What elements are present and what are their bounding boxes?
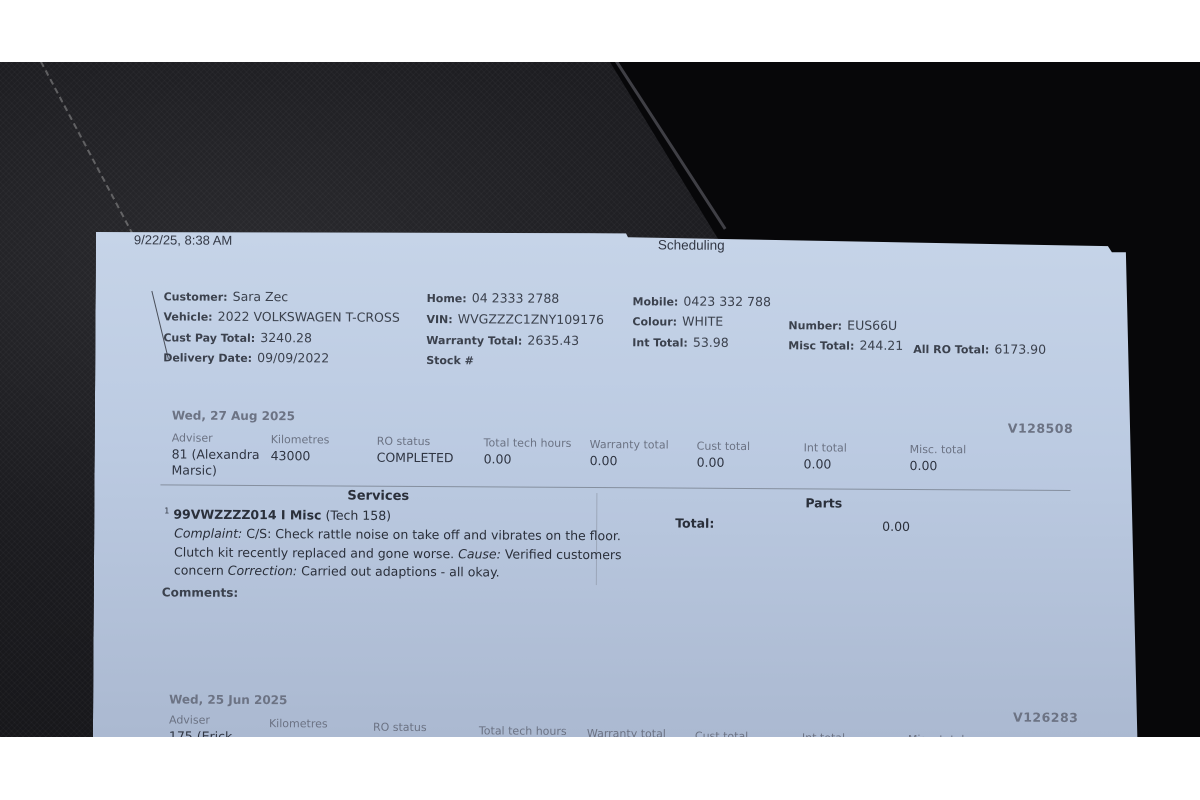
ro-number: V126283 [1013, 710, 1078, 725]
number-field: Number: EUS66U [788, 314, 897, 334]
int-total-field: Int Total: 53.98 [632, 331, 728, 351]
col-label-int-total: Int total [804, 441, 847, 454]
stock-field: Stock # [426, 349, 474, 368]
misc-total-field: Misc Total: 244.21 [788, 334, 903, 354]
comments-label: Comments: [162, 585, 239, 599]
customer-field: Customer: Sara Zec [164, 285, 289, 305]
col-value-ro-status: COMPLETED [377, 450, 454, 465]
print-timestamp: 9/22/25, 8:38 AM [134, 232, 232, 248]
col-label-tech-hours: Total tech hours [479, 724, 567, 738]
printed-page: 9/22/25, 8:38 AM Scheduling Customer: Sa… [93, 230, 1141, 756]
home-phone-field: Home: 04 2333 2788 [427, 287, 560, 307]
col-value-misc-total: 0.00 [910, 458, 938, 473]
parts-total-label: Total: [675, 516, 714, 531]
delivery-date-field: Delivery Date: 09/09/2022 [163, 346, 329, 366]
col-label-misc-total: Misc. total [910, 443, 967, 456]
col-label-cust-total: Cust total [697, 440, 750, 453]
col-value-int-total: 0.00 [804, 456, 832, 471]
letterbox-bottom [0, 737, 1200, 800]
col-label-adviser: Adviser [169, 713, 210, 726]
warranty-total-field: Warranty Total: 2635.43 [426, 329, 579, 349]
col-label-tech-hours: Total tech hours [484, 436, 572, 450]
parts-heading: Parts [805, 495, 842, 510]
col-value-cust-total: 0.00 [697, 455, 725, 470]
col-value-tech-hours: 0.00 [484, 451, 512, 466]
vehicle-field: Vehicle: 2022 VOLKSWAGEN T-CROSS [163, 305, 399, 325]
col-label-ro-status: RO status [373, 721, 427, 734]
ro-date: Wed, 27 Aug 2025 [172, 408, 295, 423]
col-label-warranty-total: Warranty total [590, 438, 669, 451]
col-value-kilometres: 43000 [271, 448, 311, 463]
col-label-adviser: Adviser [172, 431, 213, 444]
col-label-kilometres: Kilometres [271, 433, 330, 446]
vin-field: VIN: WVGZZZC1ZNY109176 [426, 308, 604, 328]
service-cause: Clutch kit recently replaced and gone wo… [174, 544, 622, 562]
letterbox-top [0, 0, 1200, 62]
col-value-warranty-total: 0.00 [590, 453, 618, 468]
col-label-ro-status: RO status [377, 435, 431, 448]
col-value-adviser-line2: Marsic) [171, 462, 216, 477]
colour-field: Colour: WHITE [632, 310, 723, 330]
mobile-field: Mobile: 0423 332 788 [633, 290, 771, 310]
parts-total-value: 0.00 [882, 519, 910, 534]
section-divider [160, 484, 1070, 491]
ro-date: Wed, 25 Jun 2025 [169, 692, 287, 707]
cust-pay-total-field: Cust Pay Total: 3240.28 [163, 326, 312, 346]
service-complaint: Complaint: C/S: Check rattle noise on ta… [174, 525, 621, 543]
all-ro-total-field: All RO Total: 6173.90 [913, 338, 1046, 358]
service-correction: concern Correction: Carried out adaption… [174, 562, 500, 579]
col-value-adviser: 81 (Alexandra [172, 446, 260, 462]
page-title: Scheduling [658, 237, 725, 252]
col-label-kilometres: Kilometres [269, 717, 328, 730]
service-item: 1 99VWZZZZ014 I Misc (Tech 158) [164, 506, 391, 523]
ro-number: V128508 [1008, 421, 1073, 436]
services-heading: Services [347, 489, 409, 504]
